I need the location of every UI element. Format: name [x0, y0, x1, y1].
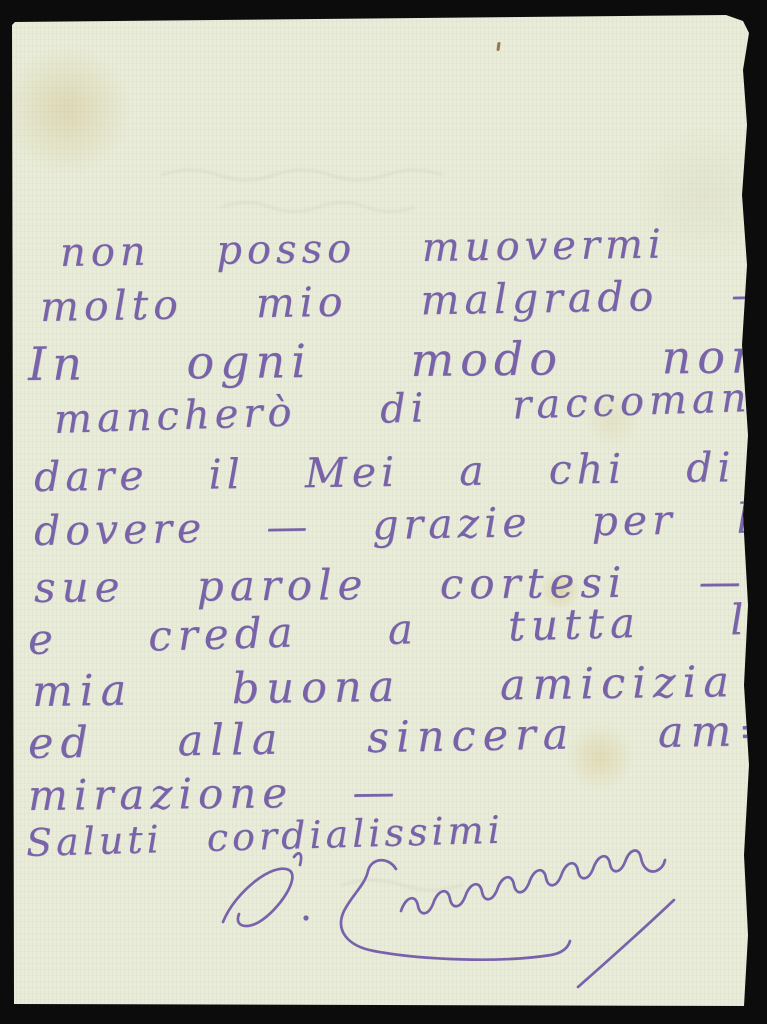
scanned-letter-view: non posso muovermi molto mio malgrado — … — [0, 0, 767, 1024]
signature-flourish — [215, 848, 715, 993]
handwriting-line: dare il Mei a chi di — [34, 443, 736, 501]
signature: E. Comandini — [215, 848, 715, 993]
letter-page: non posso muovermi molto mio malgrado — … — [12, 15, 749, 1006]
handwriting-line: non posso muovermi — [60, 222, 666, 276]
